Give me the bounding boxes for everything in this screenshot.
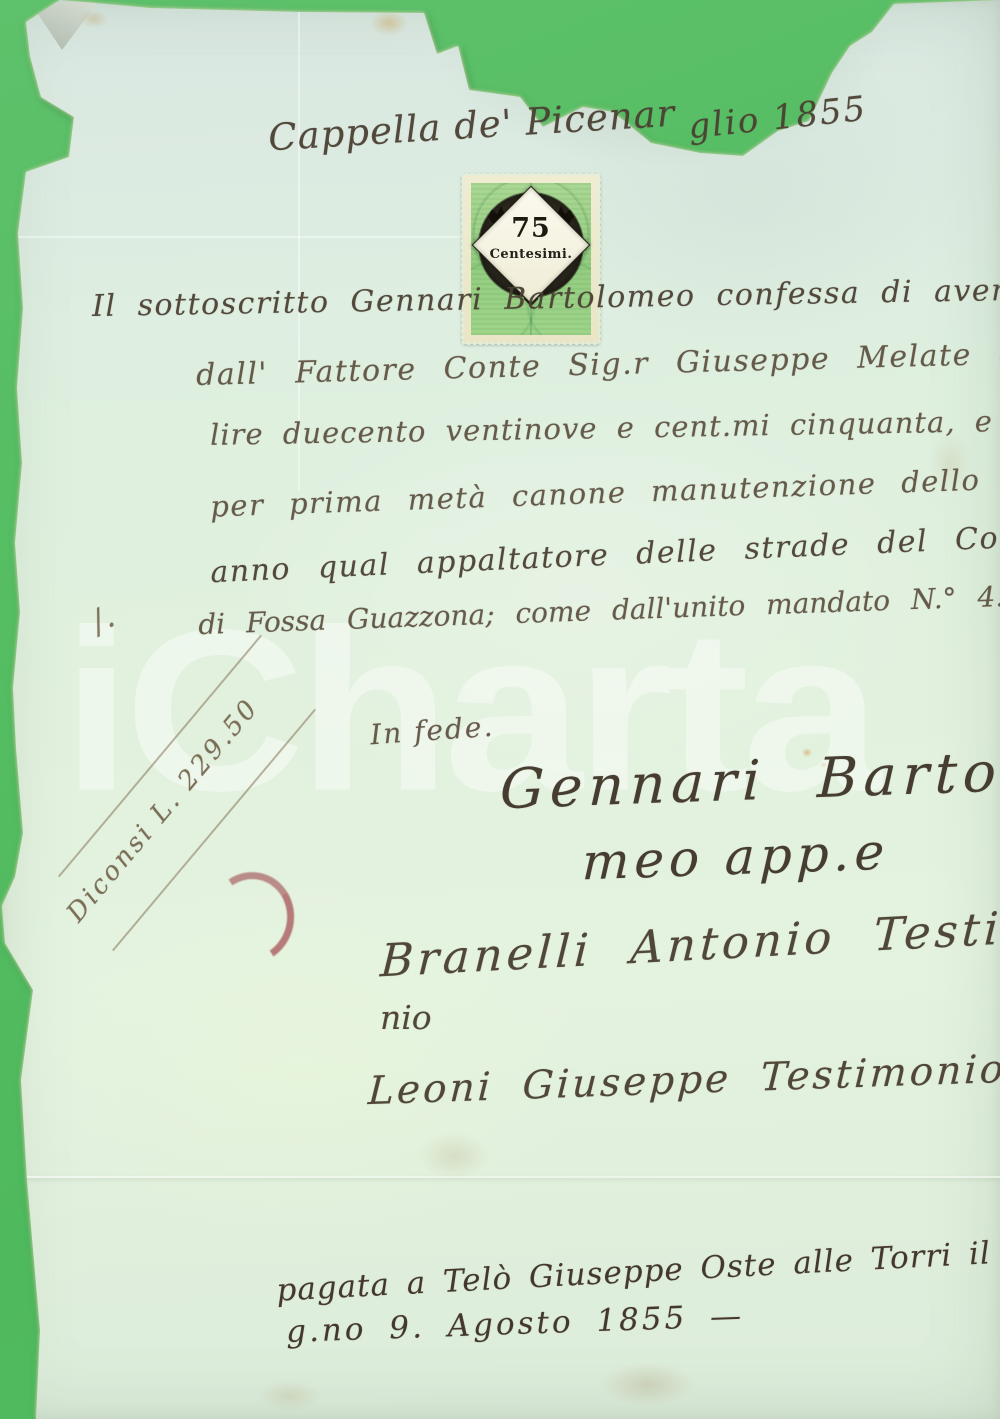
dateline-place: Cappella de' Picenar — [267, 92, 676, 160]
handwriting-layer: Cappella de' Picenar glio 1855 Il sottos… — [0, 0, 1000, 1419]
scanned-document: 75 Centesimi. iCharta Cappella de' Picen… — [0, 0, 1000, 1419]
body-line: lire duecento ventinove e cent.mi cinqua… — [210, 402, 1000, 452]
diagonal-cancellation-line — [58, 635, 262, 877]
body-line: di Fossa Guazzona; come dall'unito manda… — [198, 580, 1000, 641]
payment-note-line1: pagata a Telò Giuseppe Oste alle Torri i… — [276, 1235, 992, 1308]
body-line: Il sottoscritto Gennari Bartolomeo confe… — [92, 271, 1000, 324]
body-line: anno qual appaltatore delle strade del C… — [210, 517, 1000, 590]
witness2-signature: Leoni Giuseppe Testimonio — [367, 1047, 1000, 1114]
body-line: per prima metà canone manutenzione dello… — [210, 458, 1000, 523]
attestation-text: In fede. — [369, 710, 495, 752]
witness1-signature-continued: nio — [380, 998, 432, 1037]
witness1-signature: Branelli Antonio Testimo — [379, 898, 1000, 988]
partial-red-seal — [199, 864, 302, 972]
body-line: dall' Fattore Conte Sig.r Giuseppe Melat… — [196, 334, 1000, 393]
payment-note-line2: g.no 9. Agosto 1855 — — [286, 1298, 745, 1350]
dateline-date: glio 1855 — [686, 89, 869, 148]
principal-signature: Gennari Bartol — [499, 739, 1000, 821]
margin-tick-marks: ∕. — [84, 597, 120, 640]
principal-signature-continued: meo app.e — [581, 823, 890, 892]
